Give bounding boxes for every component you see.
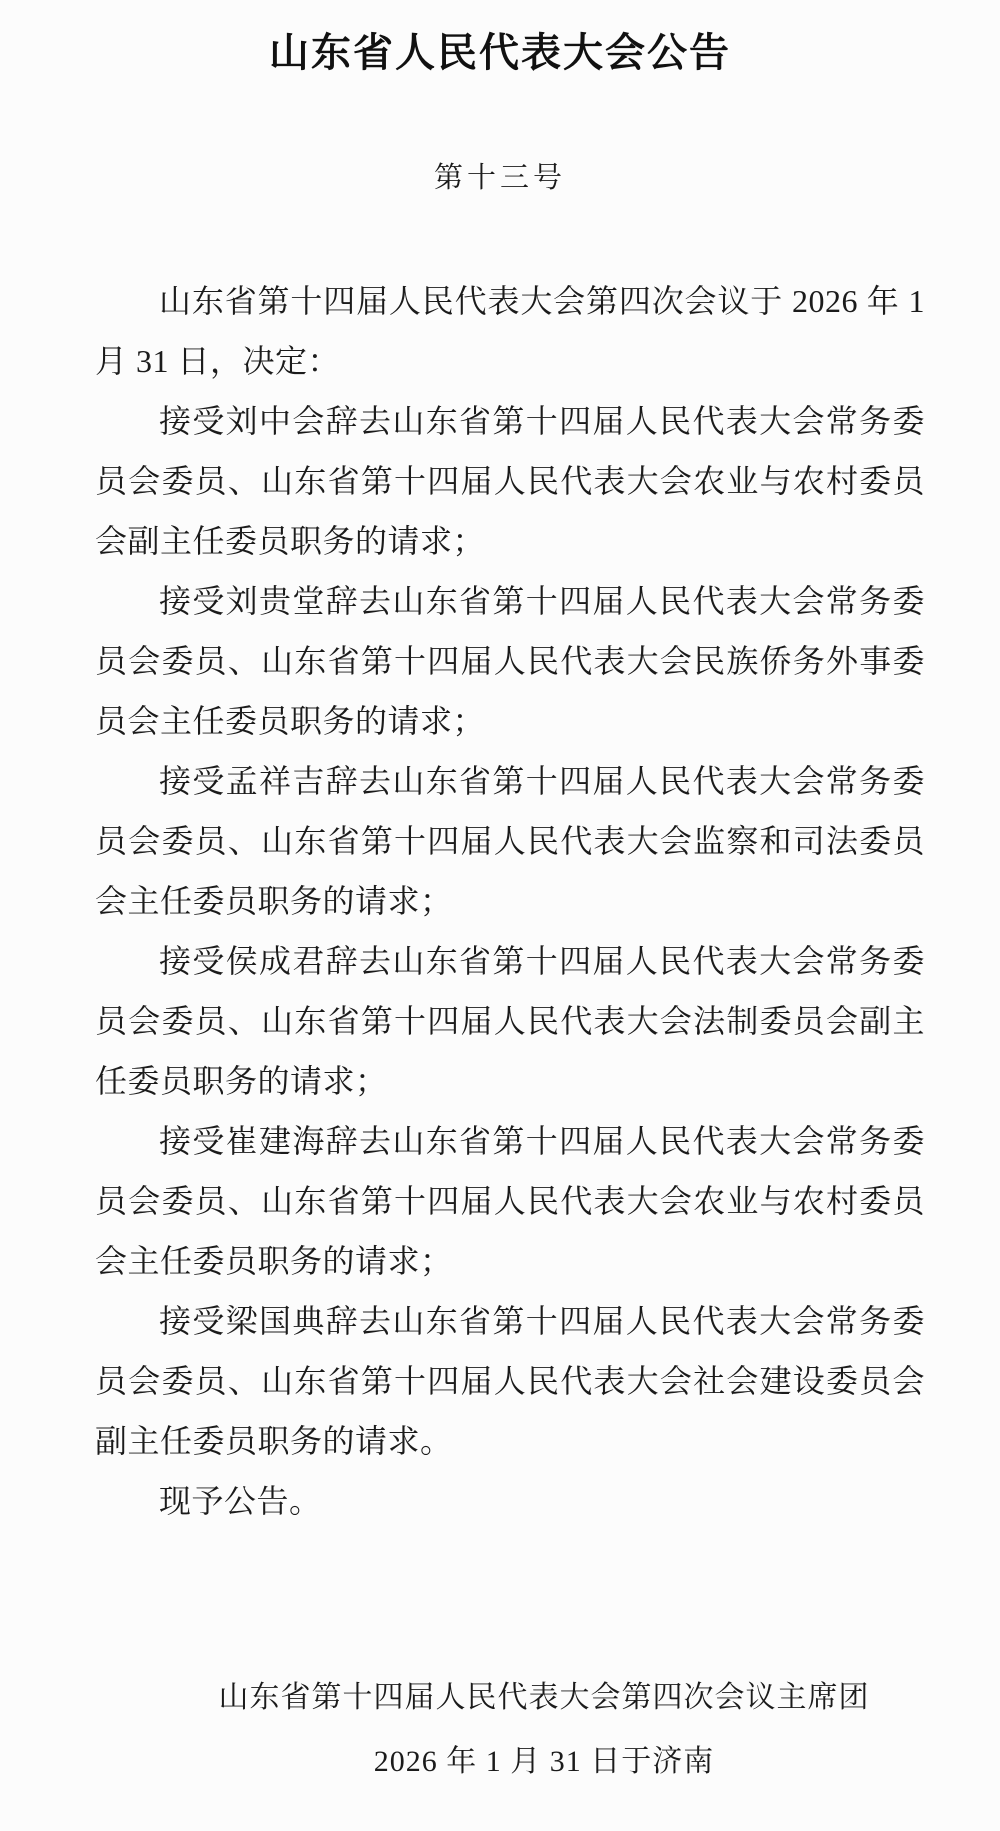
paragraph-resignation-hou-chengjun: 接受侯成君辞去山东省第十四届人民代表大会常务委员会委员、山东省第十四届人民代表大…	[95, 931, 925, 1111]
paragraph-resignation-cui-jianhai: 接受崔建海辞去山东省第十四届人民代表大会常务委员会委员、山东省第十四届人民代表大…	[95, 1111, 925, 1291]
announcement-document-page: 山东省人民代表大会公告 第十三号 山东省第十四届人民代表大会第四次会议于 202…	[0, 0, 1000, 1831]
paragraph-resignation-liu-guitang: 接受刘贵堂辞去山东省第十四届人民代表大会常务委员会委员、山东省第十四届人民代表大…	[95, 571, 925, 751]
signature-presidium: 山东省第十四届人民代表大会第四次会议主席团	[44, 1678, 1000, 1718]
paragraph-resignation-liang-guodian: 接受梁国典辞去山东省第十四届人民代表大会常务委员会委员、山东省第十四届人民代表大…	[95, 1291, 925, 1471]
date-and-place: 2026 年 1 月 31 日于济南	[44, 1742, 1000, 1782]
paragraph-resignation-meng-xiangji: 接受孟祥吉辞去山东省第十四届人民代表大会常务委员会委员、山东省第十四届人民代表大…	[95, 751, 925, 931]
document-body: 山东省第十四届人民代表大会第四次会议于 2026 年 1 月 31 日，决定： …	[95, 271, 925, 1531]
paragraph-closing-statement: 现予公告。	[95, 1471, 925, 1531]
signature-block: 山东省第十四届人民代表大会第四次会议主席团 2026 年 1 月 31 日于济南	[44, 1678, 1000, 1782]
document-number: 第十三号	[0, 158, 1000, 198]
paragraph-resignation-liu-zhonghui: 接受刘中会辞去山东省第十四届人民代表大会常务委员会委员、山东省第十四届人民代表大…	[95, 391, 925, 571]
paragraph-decision-intro: 山东省第十四届人民代表大会第四次会议于 2026 年 1 月 31 日，决定：	[95, 271, 925, 391]
document-title: 山东省人民代表大会公告	[0, 0, 1000, 78]
